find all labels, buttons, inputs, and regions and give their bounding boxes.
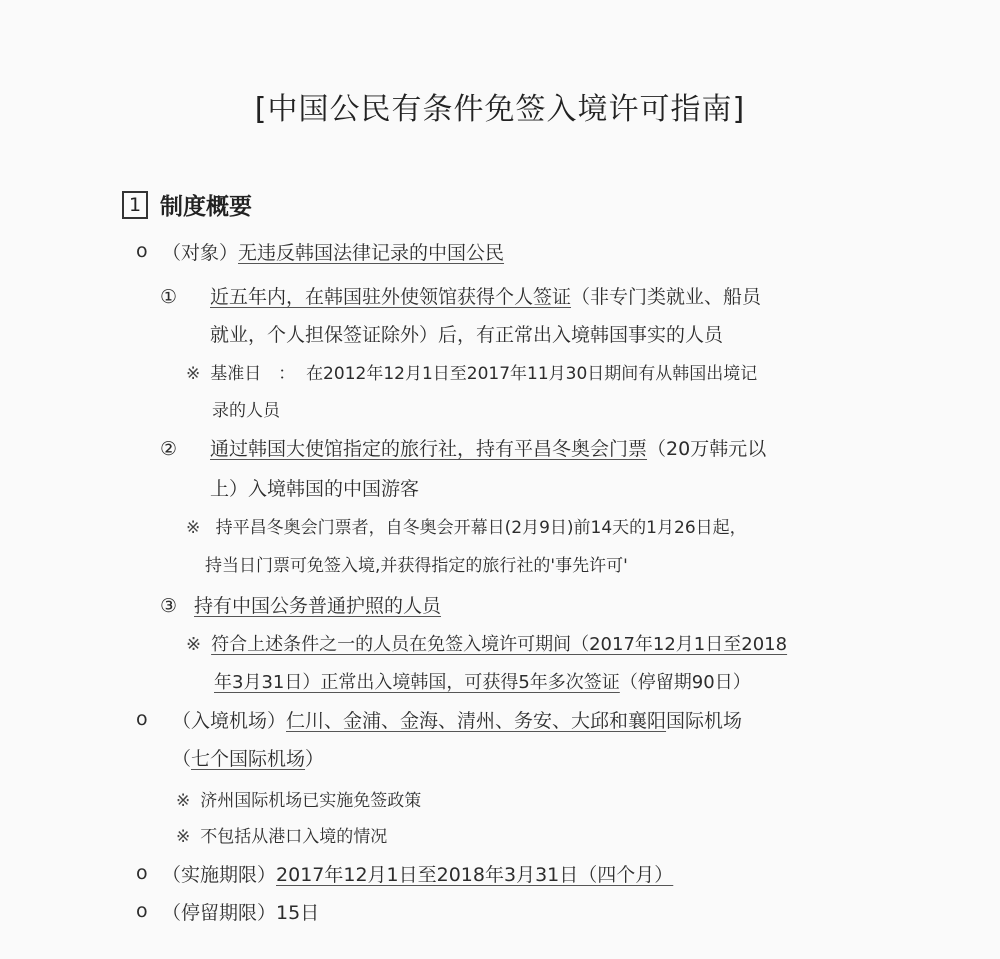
condition-1-note-line-1: ※基准日 ： 在2012年12月1日至2017年11月30日期间有从韩国出境记	[186, 361, 757, 387]
bullet-marker: o	[136, 900, 148, 922]
condition-3-underlined: 持有中国公务普通护照的人员	[194, 595, 441, 617]
target-value: 无违反韩国法律记录的中国公民	[238, 242, 504, 264]
condition-3-line: 持有中国公务普通护照的人员	[194, 593, 441, 619]
bullet-marker: o	[136, 240, 148, 262]
note-text: 符合上述条件之一的人员在免签入境许可期间（2017年12月1日至2018	[211, 634, 787, 655]
note-text-underlined: 年3月31日）正常出入境韩国，可获得5年多次签证	[214, 672, 620, 693]
period-label: （实施期限）	[162, 864, 276, 886]
airports-note-1: ※济州国际机场已实施免签政策	[176, 788, 421, 814]
document-title: [中国公民有条件免签入境许可指南]	[0, 84, 1000, 128]
condition-2-line-2: 上）入境韩国的中国游客	[210, 476, 419, 502]
condition-1-line-2: 就业，个人担保签证除外）后，有正常出入境韩国事实的人员	[210, 322, 723, 348]
condition-1-marker: ①	[160, 284, 177, 310]
note-mark-icon: ※	[186, 518, 200, 538]
condition-2-note-line-2: 持当日门票可免签入境,并获得指定的旅行社的'事先许可'	[205, 553, 628, 579]
airports-line-2: （七个国际机场）	[172, 746, 324, 772]
condition-2-marker: ②	[160, 436, 177, 462]
bullet-marker: o	[136, 708, 148, 730]
target-line: （对象）无违反韩国法律记录的中国公民	[162, 240, 504, 266]
stay-line: （停留期限）15日	[162, 900, 319, 926]
note-mark-icon: ※	[176, 827, 190, 847]
note-mark-icon: ※	[176, 791, 190, 811]
airports-note-2: ※不包括从港口入境的情况	[176, 824, 387, 850]
section-heading-text: 制度概要	[160, 188, 252, 221]
note-text: 济州国际机场已实施免签政策	[200, 791, 421, 811]
condition-3-note-line-2: 年3月31日）正常出入境韩国，可获得5年多次签证（停留期90日）	[214, 670, 751, 696]
condition-1-line-1: 近五年内，在韩国驻外使领馆获得个人签证（非专门类就业、船员	[210, 284, 761, 310]
condition-1-underlined: 近五年内，在韩国驻外使领馆获得个人签证	[210, 286, 571, 308]
note-text: 在2012年12月1日至2017年11月30日期间有从韩国出境记	[306, 364, 757, 384]
airports-line-1: （入境机场）仁川、金浦、金海、清州、务安、大邱和襄阳国际机场	[172, 708, 742, 734]
note-text: 不包括从港口入境的情况	[200, 827, 387, 847]
condition-2-rest: （20万韩元以	[647, 438, 766, 460]
airports-label: （入境机场）	[172, 710, 286, 732]
paren-close: ）	[305, 748, 324, 770]
airports-count: 七个国际机场	[191, 748, 305, 770]
airports-rest: 国际机场	[666, 710, 742, 732]
condition-2-underlined: 通过韩国大使馆指定的旅行社，持有平昌冬奥会门票	[210, 438, 647, 460]
note-mark-icon: ※	[186, 364, 200, 384]
stay-label: （停留期限）	[162, 902, 276, 924]
note-text-rest: （停留期90日）	[620, 672, 751, 693]
condition-2-line-1: 通过韩国大使馆指定的旅行社，持有平昌冬奥会门票（20万韩元以	[210, 436, 766, 462]
note-mark-icon: ※	[186, 634, 201, 655]
section-heading: 1 制度概要	[122, 188, 252, 221]
period-line: （实施期限）2017年12月1日至2018年3月31日（四个月）	[162, 862, 673, 888]
condition-2-note-line-1: ※ 持平昌冬奥会门票者，自冬奥会开幕日(2月9日)前14天的1月26日起，	[186, 515, 747, 541]
condition-1-note-line-2: 录的人员	[212, 398, 280, 424]
airports-underlined: 仁川、金浦、金海、清州、务安、大邱和襄阳	[286, 710, 666, 732]
condition-3-note-line-1: ※符合上述条件之一的人员在免签入境许可期间（2017年12月1日至2018	[186, 632, 787, 658]
note-label: 基准日 ：	[210, 364, 295, 384]
document-page: [中国公民有条件免签入境许可指南] 1 制度概要 o （对象）无违反韩国法律记录…	[0, 0, 1000, 959]
stay-value: 15日	[276, 902, 319, 924]
condition-3-marker: ③	[160, 593, 177, 619]
paren-open: （	[172, 748, 191, 770]
period-value: 2017年12月1日至2018年3月31日（四个月）	[276, 864, 673, 886]
note-text: 持平昌冬奥会门票者，自冬奥会开幕日(2月9日)前14天的1月26日起，	[216, 518, 747, 538]
section-number-box: 1	[122, 191, 148, 219]
condition-1-rest: （非专门类就业、船员	[571, 286, 761, 308]
target-label: （对象）	[162, 242, 238, 264]
bullet-marker: o	[136, 862, 148, 884]
